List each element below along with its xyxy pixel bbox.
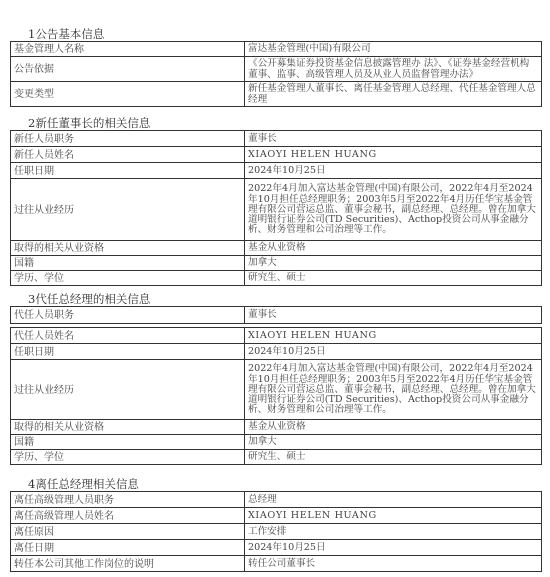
table-row: 离任高级管理人员职务 总经理 — [11, 492, 542, 508]
table-row: 过往从业经历 2022年4月加入富达基金管理(中国)有限公司，2022年4月至2… — [11, 360, 542, 420]
row-value: 2022年4月加入富达基金管理(中国)有限公司，2022年4月至2024年10月… — [245, 360, 542, 420]
table-row: 取得的相关从业资格 基金从业资格 — [11, 420, 542, 435]
table-row: 代任人员职务 董事长 — [11, 307, 542, 324]
acting-gm-table: 代任人员职务 董事长 代任人员姓名 XIAOYI HELEN HUANG 任职日… — [10, 306, 542, 465]
row-value: XIAOYI HELEN HUANG — [245, 147, 542, 163]
table-row: 离任原因 工作安排 — [11, 524, 542, 540]
row-value: XIAOYI HELEN HUANG — [245, 508, 542, 524]
row-label: 离任高级管理人员职务 — [11, 492, 245, 508]
row-value: 总经理 — [245, 492, 542, 508]
row-value: 2024年10月25日 — [245, 163, 542, 179]
row-label: 新任人员姓名 — [11, 147, 245, 163]
row-value: 2024年10月25日 — [245, 344, 542, 360]
table-row: 新任人员姓名 XIAOYI HELEN HUANG — [11, 147, 542, 163]
new-chairman-table: 新任人员职务 董事长 新任人员姓名 XIAOYI HELEN HUANG 任职日… — [10, 130, 542, 286]
table-row: 基金管理人名称 富达基金管理(中国)有限公司 — [11, 42, 542, 57]
table-row: 代任人员姓名 XIAOYI HELEN HUANG — [11, 328, 542, 344]
table-row: 过往从业经历 2022年4月加入富达基金管理(中国)有限公司，2022年4月至2… — [11, 179, 542, 241]
row-label: 代任人员姓名 — [11, 328, 245, 344]
table-row: 变更类型 新任基金管理人董事长、离任基金管理人总经理、代任基金管理人总经理 — [11, 82, 542, 107]
row-label: 公告依据 — [11, 57, 245, 82]
section-1-title: 1公告基本信息 — [28, 27, 104, 41]
row-value: 2022年4月加入富达基金管理(中国)有限公司，2022年4月至2024年10月… — [245, 179, 542, 241]
row-value: 工作安排 — [245, 524, 542, 540]
basic-info-table: 基金管理人名称 富达基金管理(中国)有限公司 公告依据 《公开募集证券投资基金信… — [10, 41, 542, 107]
row-value: 富达基金管理(中国)有限公司 — [245, 42, 542, 57]
row-value: XIAOYI HELEN HUANG — [245, 328, 542, 344]
row-value: 2024年10月25日 — [245, 540, 542, 556]
row-value: 加拿大 — [245, 435, 542, 450]
table-row: 学历、学位 研究生、硕士 — [11, 450, 542, 465]
row-label: 学历、学位 — [11, 271, 245, 286]
table-row: 任职日期 2024年10月25日 — [11, 344, 542, 360]
section-3-title: 3代任总经理的相关信息 — [28, 292, 150, 306]
table-row: 国籍 加拿大 — [11, 435, 542, 450]
row-label: 基金管理人名称 — [11, 42, 245, 57]
row-value: 加拿大 — [245, 256, 542, 271]
row-label: 任职日期 — [11, 163, 245, 179]
row-label: 新任人员职务 — [11, 131, 245, 147]
row-label: 取得的相关从业资格 — [11, 420, 245, 435]
row-value: 《公开募集证券投资基金信息披露管理办 法》、《证券基金经营机构董事、监事、高级管… — [245, 57, 542, 82]
row-label: 变更类型 — [11, 82, 245, 107]
row-label: 学历、学位 — [11, 450, 245, 465]
table-row: 任职日期 2024年10月25日 — [11, 163, 542, 179]
row-label: 取得的相关从业资格 — [11, 241, 245, 256]
row-label: 过往从业经历 — [11, 360, 245, 420]
row-value: 董事长 — [245, 307, 542, 324]
row-value: 转任公司董事长 — [245, 556, 542, 572]
row-label: 离任原因 — [11, 524, 245, 540]
section-2-title: 2新任董事长的相关信息 — [28, 116, 150, 130]
row-label: 转任本公司其他工作岗位的说明 — [11, 556, 245, 572]
table-row: 离任日期 2024年10月25日 — [11, 540, 542, 556]
row-value: 基金从业资格 — [245, 420, 542, 435]
table-row: 公告依据 《公开募集证券投资基金信息披露管理办 法》、《证券基金经营机构董事、监… — [11, 57, 542, 82]
table-row: 新任人员职务 董事长 — [11, 131, 542, 147]
row-value: 董事长 — [245, 131, 542, 147]
table-row: 学历、学位 研究生、硕士 — [11, 271, 542, 286]
row-value: 基金从业资格 — [245, 241, 542, 256]
row-label: 离任高级管理人员姓名 — [11, 508, 245, 524]
table-row: 离任高级管理人员姓名 XIAOYI HELEN HUANG — [11, 508, 542, 524]
row-value: 新任基金管理人董事长、离任基金管理人总经理、代任基金管理人总经理 — [245, 82, 542, 107]
table-row: 转任本公司其他工作岗位的说明 转任公司董事长 — [11, 556, 542, 572]
row-value: 研究生、硕士 — [245, 271, 542, 286]
row-label: 代任人员职务 — [11, 307, 245, 324]
row-label: 任职日期 — [11, 344, 245, 360]
section-4-title: 4离任总经理相关信息 — [28, 477, 139, 491]
row-label: 国籍 — [11, 256, 245, 271]
departing-gm-table: 离任高级管理人员职务 总经理 离任高级管理人员姓名 XIAOYI HELEN H… — [10, 491, 542, 572]
row-label: 过往从业经历 — [11, 179, 245, 241]
row-value: 研究生、硕士 — [245, 450, 542, 465]
table-row: 国籍 加拿大 — [11, 256, 542, 271]
row-label: 国籍 — [11, 435, 245, 450]
row-label: 离任日期 — [11, 540, 245, 556]
table-row: 取得的相关从业资格 基金从业资格 — [11, 241, 542, 256]
